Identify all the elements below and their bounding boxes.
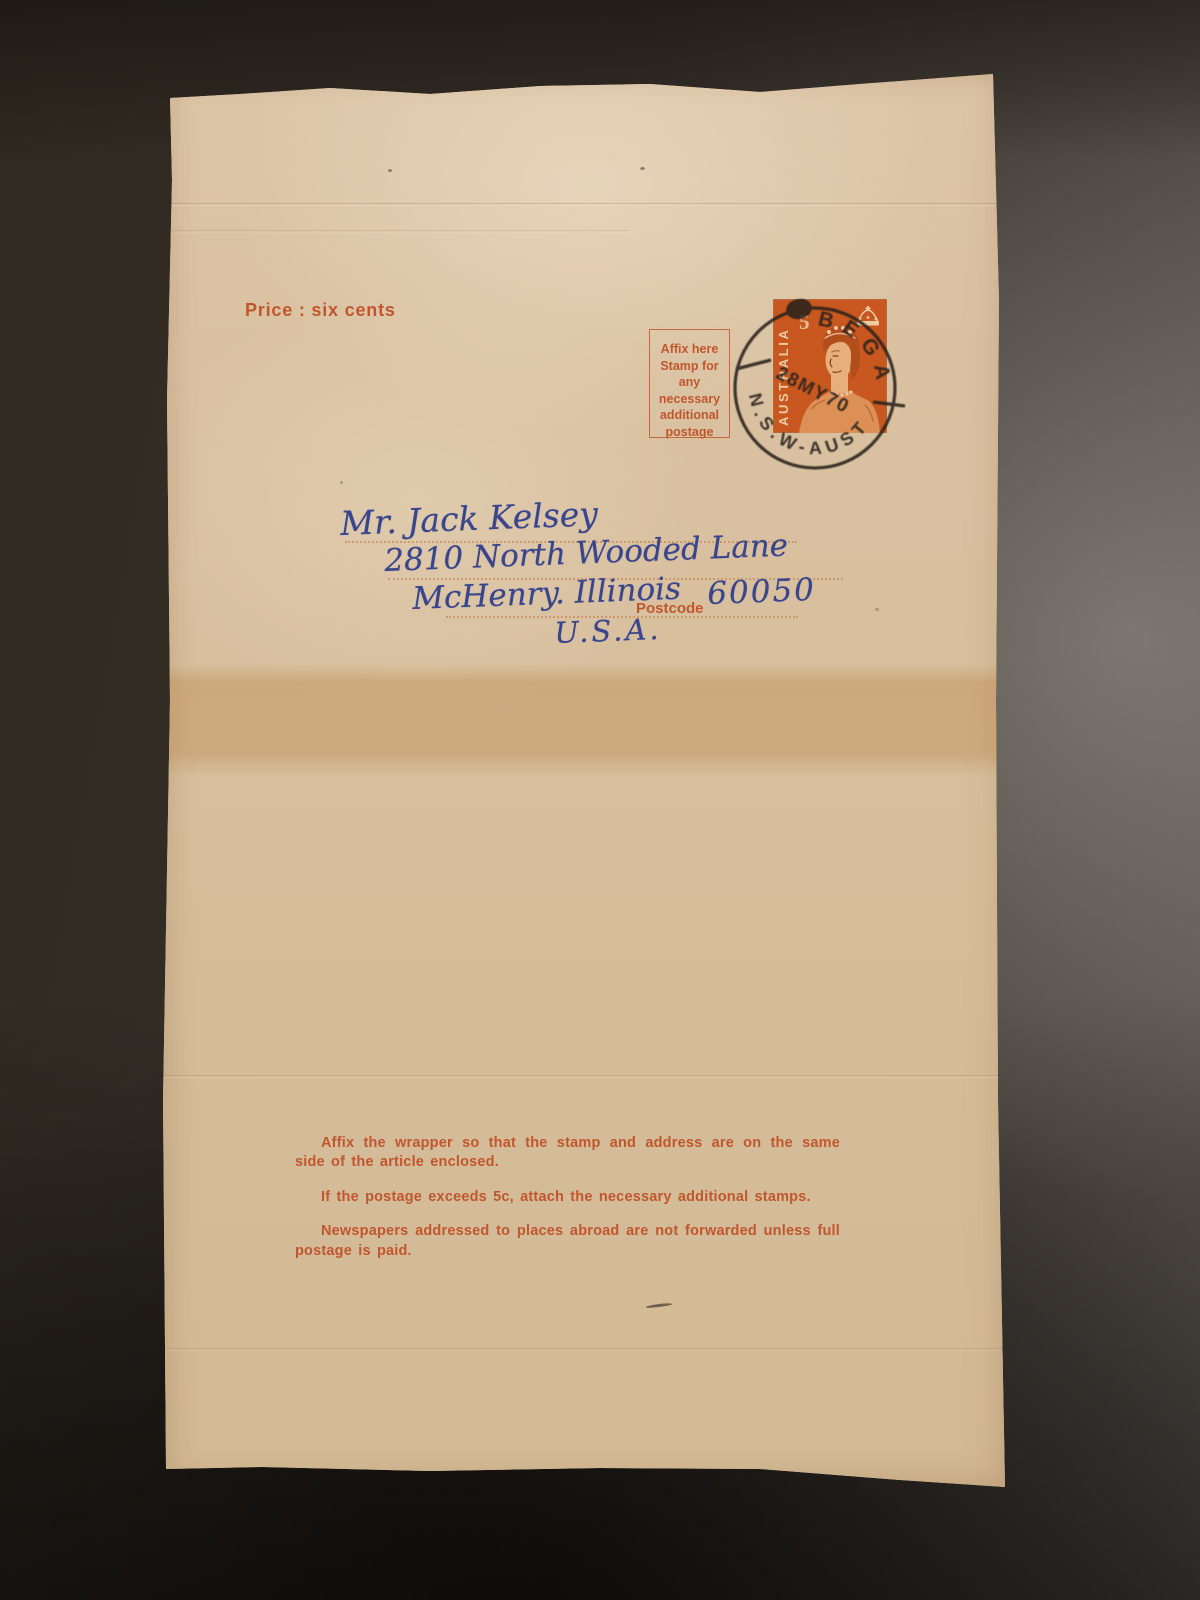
- svg-text:BEGA: BEGA: [816, 307, 896, 390]
- address-line-street: 2810 North Wooded Lane: [384, 528, 789, 579]
- instruction-paragraph: Affix the wrapper so that the stamp and …: [295, 1134, 840, 1173]
- ink-blob: [784, 297, 814, 322]
- paper-speck: [875, 608, 879, 611]
- postmark-svg: BEGA N.S.W-AUST 28MY70: [715, 290, 925, 490]
- fold-line: [163, 230, 629, 233]
- postmark-right-dash: [873, 402, 905, 406]
- address-block: Mr. Jack Kelsey 2810 North Wooded Lane M…: [163, 72, 1011, 1492]
- instructions: Affix the wrapper so that the stamp and …: [295, 1134, 840, 1276]
- address-line-country: U.S.A.: [554, 612, 662, 650]
- fold-line: [163, 203, 1011, 206]
- postmark-town: BEGA: [816, 307, 896, 390]
- address-dotted-line: [388, 578, 843, 580]
- address-line-city: McHenry. Illinois: [412, 571, 682, 617]
- paper-speck: [340, 481, 343, 484]
- price-label: Price : six cents: [245, 300, 396, 321]
- address-dotted-line: [345, 541, 797, 543]
- fold-line: [163, 1075, 1011, 1078]
- photo-background: { "colors":{ "print_orange":"#c0572e", "…: [0, 0, 1200, 1600]
- postmark: BEGA N.S.W-AUST 28MY70: [715, 290, 925, 490]
- postal-wrapper-paper: Price : six cents Affix here Stamp for a…: [163, 72, 1011, 1492]
- fold-line: [163, 1348, 1011, 1351]
- instruction-paragraph: If the postage exceeds 5c, attach the ne…: [295, 1188, 840, 1207]
- postcode-label: Postcode: [636, 600, 704, 617]
- stain-band: [163, 664, 1011, 776]
- paper-speck: [388, 169, 392, 172]
- pen-mark: [646, 1302, 672, 1308]
- postmark-date: 28MY70: [772, 363, 853, 418]
- instruction-paragraph: Newspapers addressed to places abroad ar…: [295, 1222, 840, 1261]
- address-dotted-line: [446, 616, 798, 618]
- address-postcode-value: 60050: [707, 572, 817, 612]
- paper-speck: [640, 167, 645, 170]
- address-line-name: Mr. Jack Kelsey: [340, 494, 599, 543]
